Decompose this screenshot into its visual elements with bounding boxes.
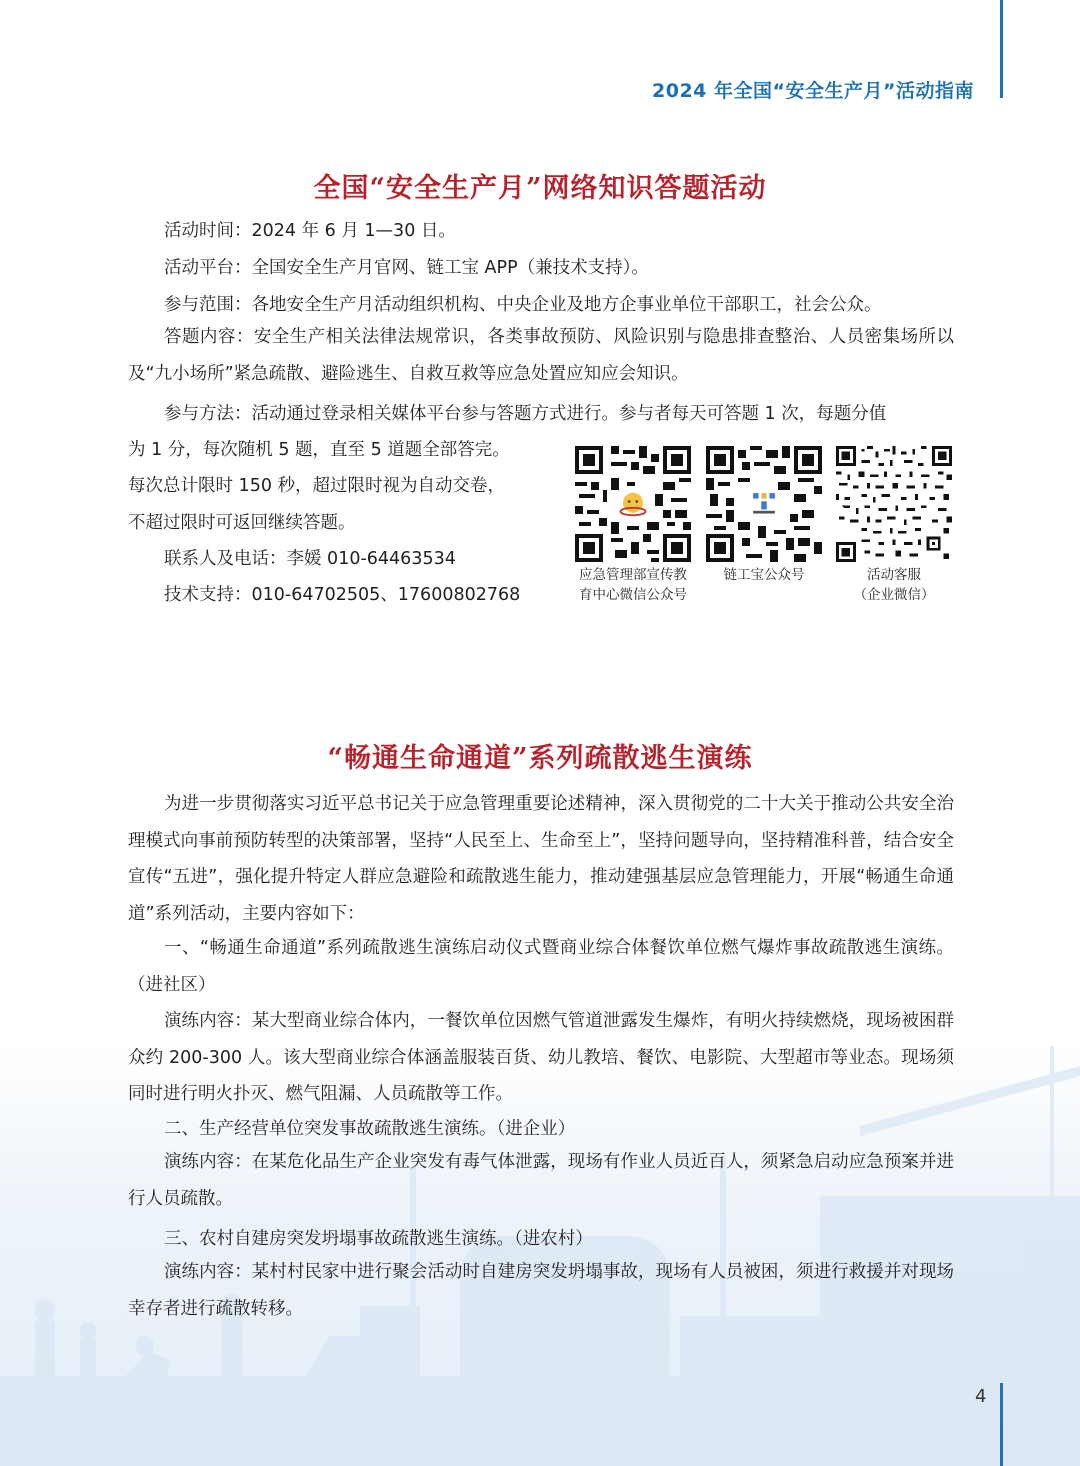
qr-pattern-icon xyxy=(836,446,952,562)
quiz-content: 答题内容：安全生产相关法律法规常识，各类事故预防、风险识别与隐患排查整治、人员密… xyxy=(128,319,954,392)
qr-code-education-center[interactable] xyxy=(575,446,691,562)
qr-caption-line: 活动客服 xyxy=(824,565,964,585)
section1-title: 全国“安全生产月”网络知识答题活动 xyxy=(0,166,1080,205)
page-number: 4 xyxy=(975,1386,986,1407)
running-header-title: 2024 年全国“安全生产月”活动指南 xyxy=(652,76,974,103)
footer-divider-line xyxy=(1000,1383,1003,1466)
drill-3-title: 三、农村自建房突发坍塌事故疏散逃生演练。（进农村） xyxy=(164,1225,593,1250)
mascot-logo-icon xyxy=(618,489,648,519)
drill-3-content: 演练内容：某村村民家中进行聚会活动时自建房突发坍塌事故，现场有人员被困，须进行救… xyxy=(128,1254,954,1327)
drill-1-title: 一、“畅通生命通道”系列疏散逃生演练启动仪式暨商业综合体餐饮单位燃气爆炸事故疏散… xyxy=(128,930,954,1003)
qr-caption-customer-service: 活动客服 （企业微信） xyxy=(824,565,964,605)
qr-caption-education-center: 应急管理部宣传教 育中心微信公众号 xyxy=(563,565,703,605)
method-line-3: 每次总计限时 150 秒，超过限时视为自动交卷， xyxy=(128,472,505,497)
participation-scope: 参与范围：各地安全生产月活动组织机构、中央企业及地方企事业单位干部职工，社会公众… xyxy=(164,291,882,316)
qr-caption-lianggongbao: 链工宝公众号 xyxy=(694,565,834,585)
activity-time: 活动时间：2024 年 6 月 1—30 日。 xyxy=(164,217,456,242)
qr-caption-line: 应急管理部宣传教 xyxy=(563,565,703,585)
contact-info: 联系人及电话：李媛 010-64463534 xyxy=(164,545,456,570)
method-line-1: 参与方法：活动通过登录相关媒体平台参与答题方式进行。参与者每天可答题 1 次，每… xyxy=(164,400,886,425)
qr-caption-line: （企业微信） xyxy=(824,585,964,605)
qr-caption-line: 链工宝公众号 xyxy=(694,565,834,585)
activity-platform: 活动平台：全国安全生产月官网、链工宝 APP（兼技术支持）。 xyxy=(164,254,649,279)
qr-caption-line: 育中心微信公众号 xyxy=(563,585,703,605)
qr-code-customer-service[interactable] xyxy=(836,446,952,562)
section2-intro: 为进一步贯彻落实习近平总书记关于应急管理重要论述精神，深入贯彻党的二十大关于推动… xyxy=(128,786,954,932)
qr-code-lianggongbao[interactable] xyxy=(706,446,822,562)
method-line-4: 不超过限时可返回继续答题。 xyxy=(128,509,356,534)
method-line-2: 为 1 分，每次随机 5 题，直至 5 道题全部答完。 xyxy=(128,436,510,461)
tech-support-info: 技术支持：010-64702505、17600802768 xyxy=(164,581,520,606)
drill-2-title: 二、生产经营单位突发事故疏散逃生演练。（进企业） xyxy=(164,1115,575,1140)
lianggongbao-logo-icon xyxy=(749,489,779,519)
drill-2-content: 演练内容：在某危化品生产企业突发有毒气体泄露，现场有作业人员近百人，须紧急启动应… xyxy=(128,1144,954,1217)
drill-1-content: 演练内容：某大型商业综合体内，一餐饮单位因燃气管道泄露发生爆炸，有明火持续燃烧，… xyxy=(128,1003,954,1113)
section2-title: “畅通生命通道”系列疏散逃生演练 xyxy=(0,736,1080,775)
header-divider-line xyxy=(1000,0,1003,98)
